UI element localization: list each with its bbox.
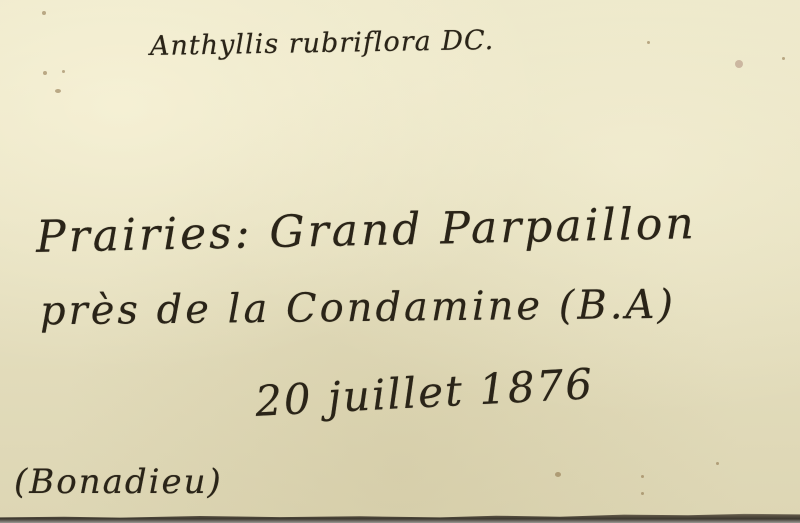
torn-paper-edge [0,509,800,523]
paper-speck [555,472,561,477]
locality-line: près de la Condamine (B.A) [40,282,676,335]
collection-date: 20 juillet 1876 [254,359,595,426]
collector-name: (Bonadieu) [14,462,223,502]
herbarium-label-paper: Anthyllis rubriflora DC. Prairies: Grand… [0,0,800,523]
paper-speck [43,71,47,75]
paper-speck [735,60,743,68]
paper-speck [647,41,650,44]
species-name: Anthyllis rubriflora DC. [150,25,495,62]
paper-speck [62,70,65,73]
paper-speck [782,57,785,60]
paper-speck [641,475,644,478]
paper-speck [42,11,46,15]
paper-speck [55,89,61,93]
paper-speck [716,462,719,465]
habitat-line: Prairies: Grand Parpaillon [36,198,698,263]
paper-speck [641,492,644,495]
